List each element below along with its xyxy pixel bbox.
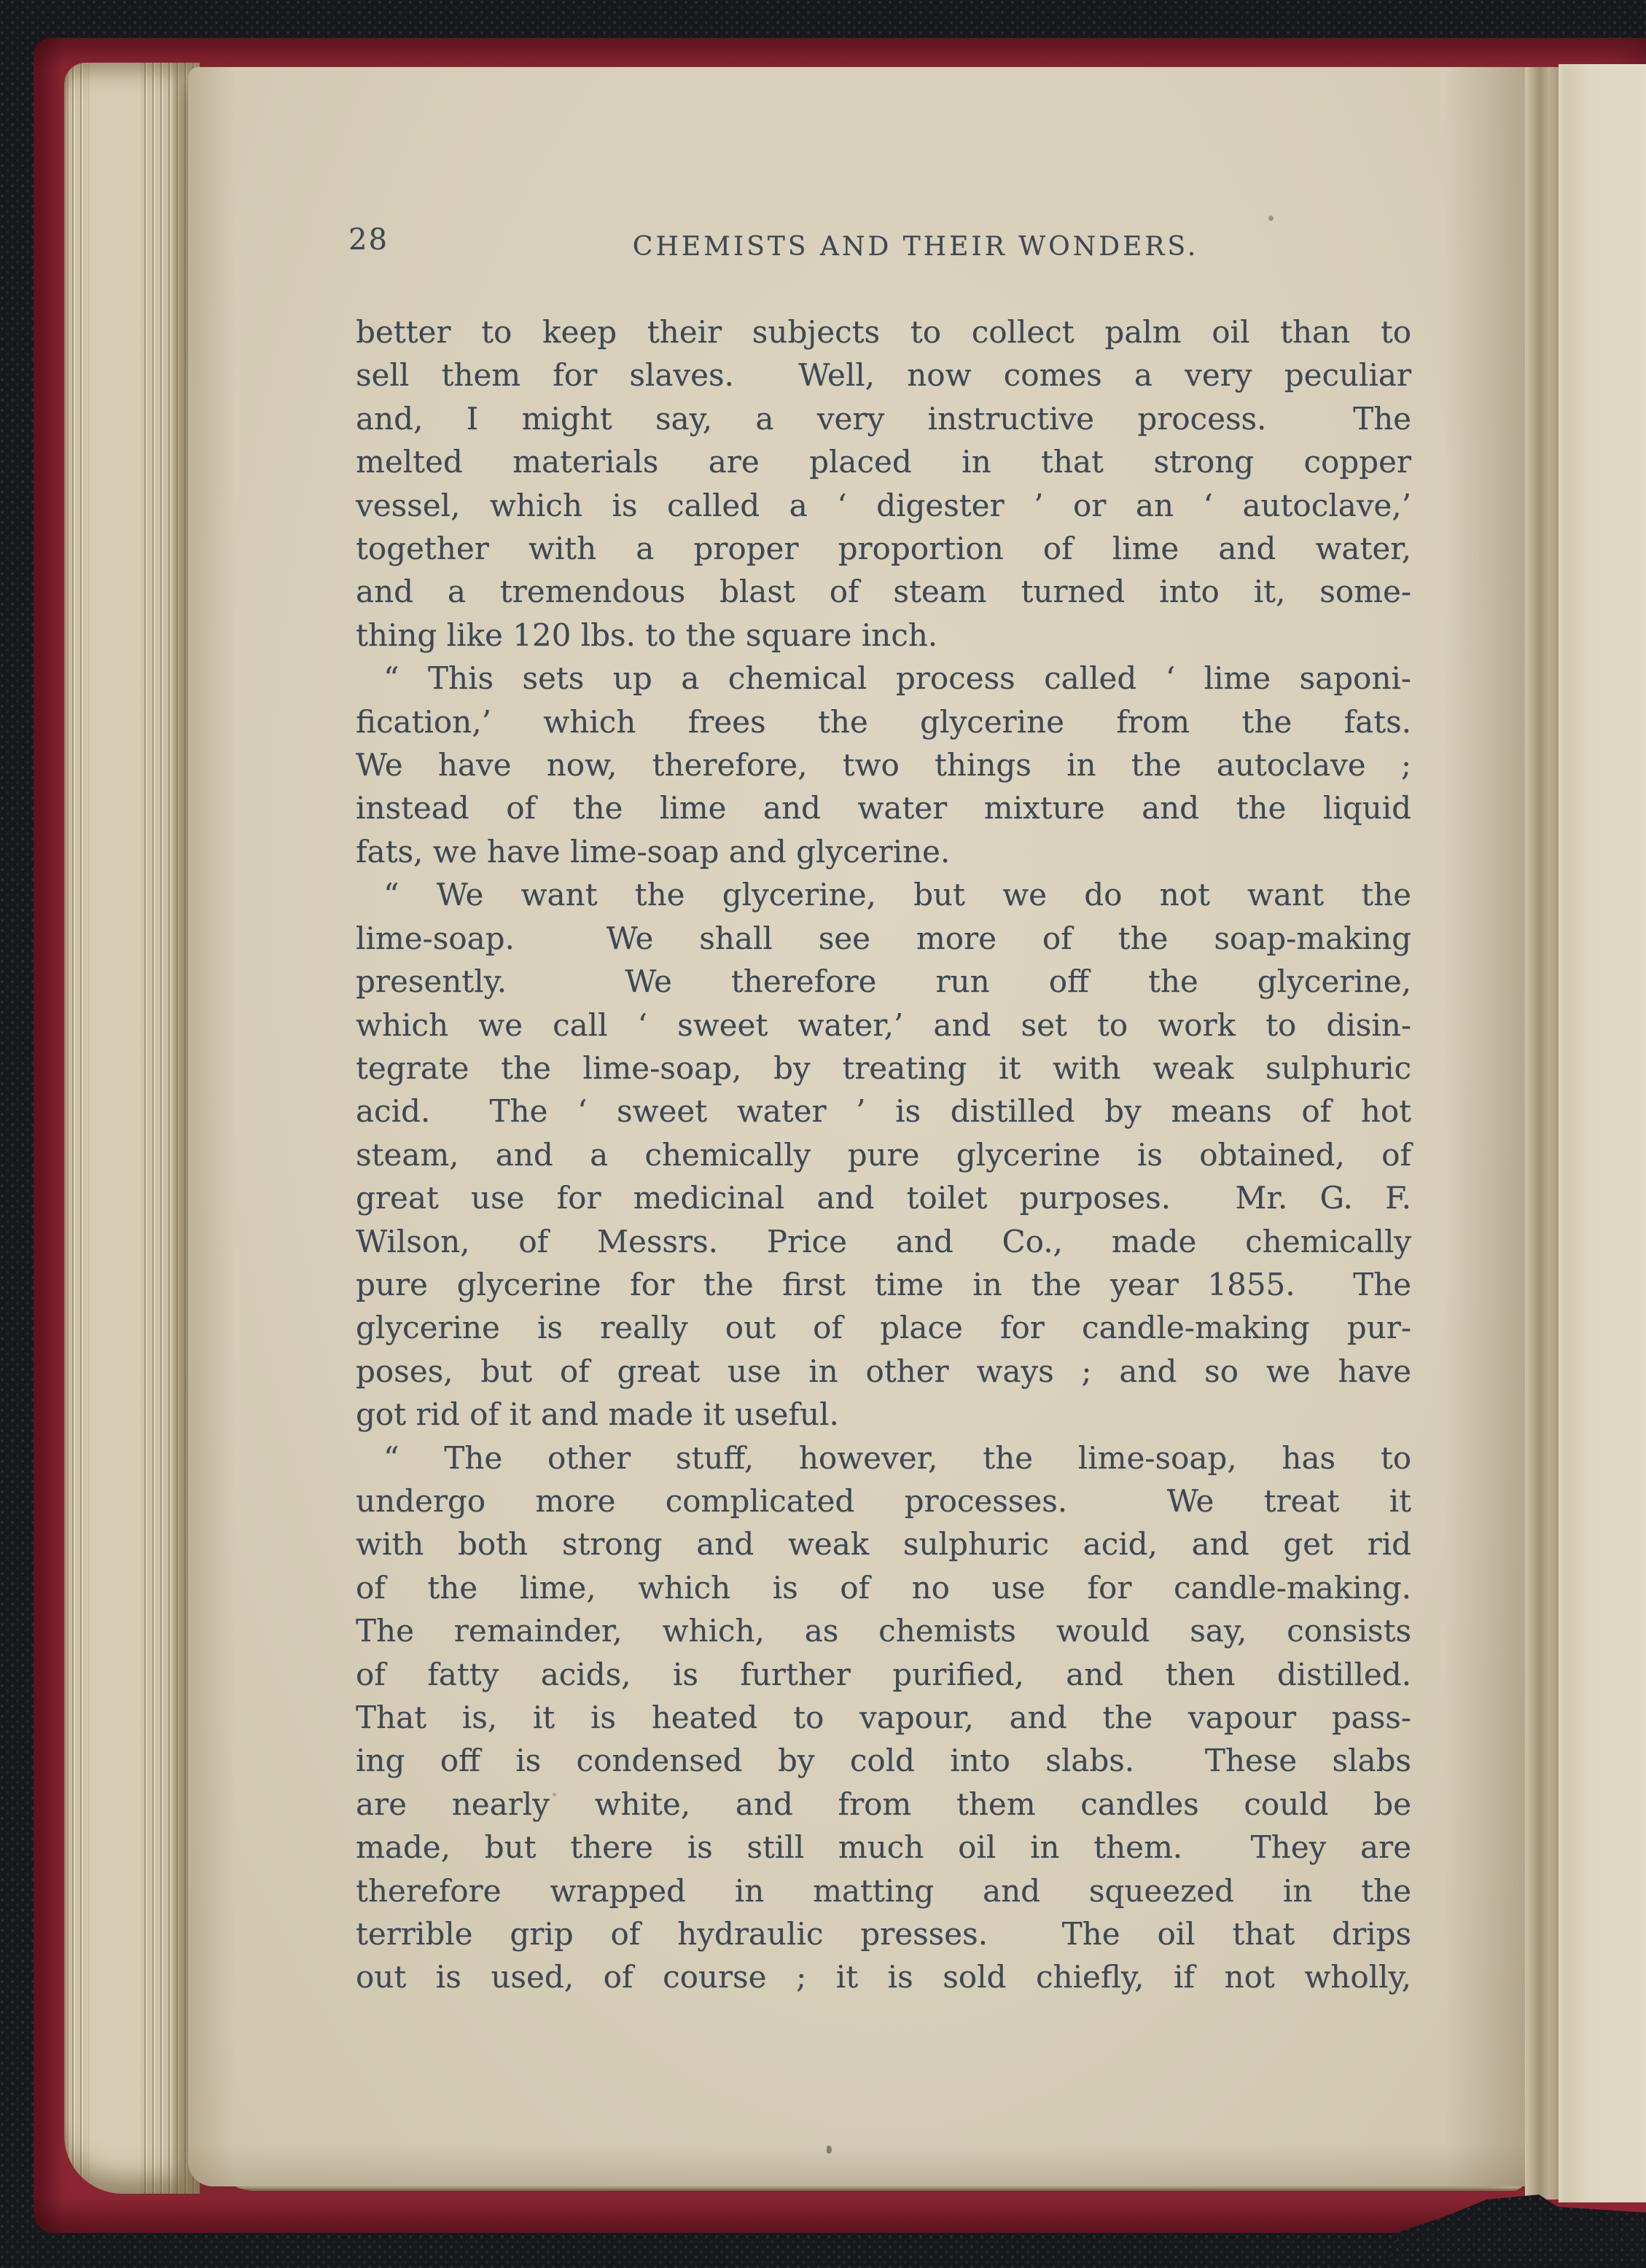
text-line: steam, and a chemically pure glycerine i… (356, 1133, 1411, 1176)
text-line: vessel, which is called a ‘ digester ’ o… (356, 484, 1411, 527)
gutter-shadow (1525, 67, 1559, 2199)
text-line: and a tremendous blast of steam turned i… (356, 570, 1411, 613)
text-line: great use for medicinal and toilet purpo… (356, 1176, 1411, 1219)
facing-page-edge (1559, 64, 1646, 2214)
text-line: “ We want the glycerine, but we do not w… (356, 873, 1411, 916)
text-line: are nearly white, and from them candles … (356, 1783, 1411, 1826)
text-line: thing like 120 lbs. to the square inch. (356, 614, 1411, 657)
text-line: pure glycerine for the first time in the… (356, 1263, 1411, 1306)
text-line: better to keep their subjects to collect… (356, 310, 1411, 353)
text-line: Wilson, of Messrs. Price and Co., made c… (356, 1220, 1411, 1263)
text-line: terrible grip of hydraulic presses. The … (356, 1912, 1411, 1955)
text-line: glycerine is really out of place for can… (356, 1306, 1411, 1349)
text-line: presently. We therefore run off the glyc… (356, 960, 1411, 1003)
text-line: The remainder, which, as chemists would … (356, 1609, 1411, 1652)
ink-speck (827, 2146, 832, 2154)
dust-speck (1268, 216, 1273, 221)
text-line: of fatty acids, is further purified, and… (356, 1653, 1411, 1696)
text-line: acid. The ‘ sweet water ’ is distilled b… (356, 1090, 1411, 1133)
text-line: fication,’ which frees the glycerine fro… (356, 700, 1411, 743)
paragraph: “ The other stuff, however, the lime-soa… (356, 1436, 1411, 1999)
text-line: We have now, therefore, two things in th… (356, 743, 1411, 786)
text-line: That is, it is heated to vapour, and the… (356, 1696, 1411, 1739)
text-line: together with a proper proportion of lim… (356, 527, 1411, 570)
text-line: poses, but of great use in other ways ; … (356, 1350, 1411, 1393)
body-text: better to keep their subjects to collect… (356, 310, 1411, 1999)
text-line: which we call ‘ sweet water,’ and set to… (356, 1004, 1411, 1047)
text-line: lime-soap. We shall see more of the soap… (356, 917, 1411, 960)
paragraph: “ We want the glycerine, but we do not w… (356, 873, 1411, 1436)
text-line: tegrate the lime-soap, by treating it wi… (356, 1047, 1411, 1090)
text-line: melted materials are placed in that stro… (356, 440, 1411, 483)
book-page: 28 CHEMISTS AND THEIR WONDERS. better to… (188, 67, 1525, 2186)
text-line: undergo more complicated processes. We t… (356, 1479, 1411, 1522)
paragraph: better to keep their subjects to collect… (356, 310, 1411, 657)
running-header: CHEMISTS AND THEIR WONDERS. (356, 232, 1411, 262)
page-stack-fore-edge (64, 63, 200, 2194)
text-line: got rid of it and made it useful. (356, 1393, 1411, 1436)
text-line: fats, we have lime-soap and glycerine. (356, 830, 1411, 873)
dust-speck (553, 1793, 556, 1796)
text-line: “ This sets up a chemical process called… (356, 657, 1411, 700)
text-line: with both strong and weak sulphuric acid… (356, 1522, 1411, 1565)
paragraph: “ This sets up a chemical process called… (356, 657, 1411, 873)
text-line: sell them for slaves. Well, now comes a … (356, 353, 1411, 396)
text-line: made, but there is still much oil in the… (356, 1826, 1411, 1869)
text-line: “ The other stuff, however, the lime-soa… (356, 1436, 1411, 1479)
book-photo: { "palette": { "cloth": "#17181c", "cove… (0, 0, 1646, 2268)
text-line: therefore wrapped in matting and squeeze… (356, 1869, 1411, 1912)
text-line: ing off is condensed by cold into slabs.… (356, 1739, 1411, 1782)
text-line: out is used, of course ; it is sold chie… (356, 1955, 1411, 1998)
text-line: of the lime, which is of no use for cand… (356, 1566, 1411, 1609)
text-line: instead of the lime and water mixture an… (356, 786, 1411, 829)
text-line: and, I might say, a very instructive pro… (356, 397, 1411, 440)
